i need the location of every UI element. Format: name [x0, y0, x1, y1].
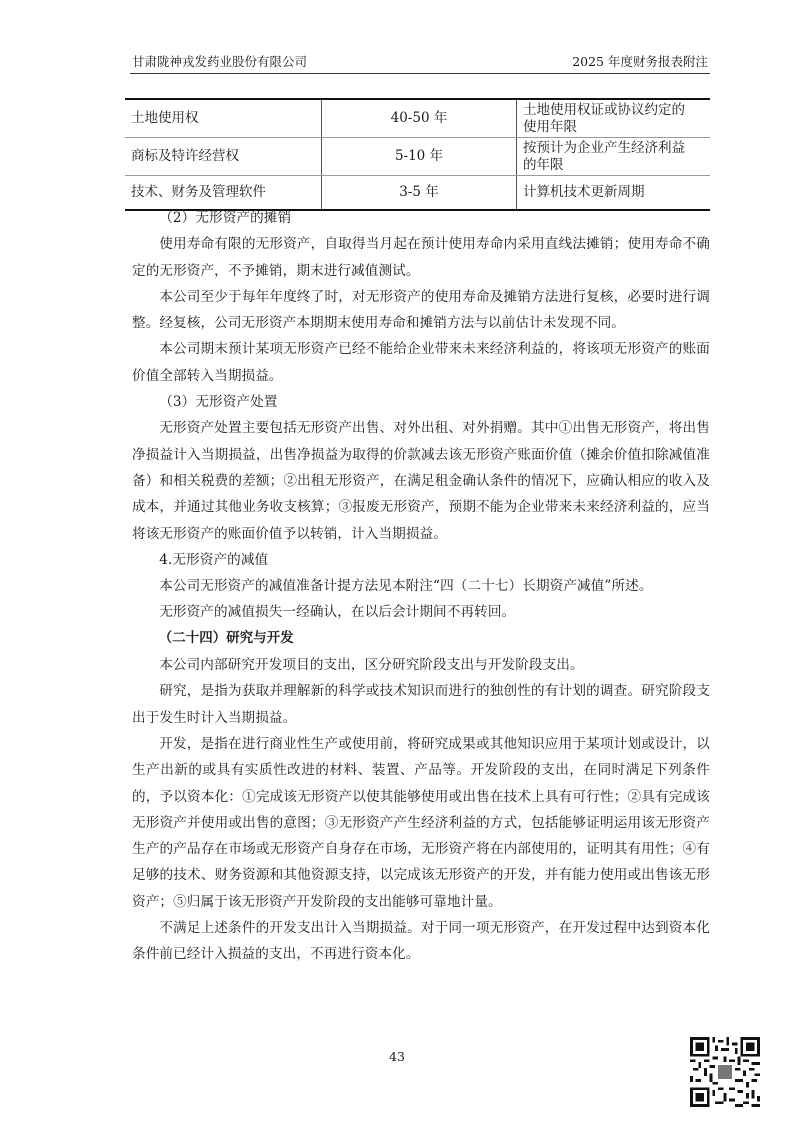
paragraph: 无形资产的减值损失一经确认，在以后会计期间不再转回。 — [132, 599, 710, 625]
report-title: 2025 年度财务报表附注 — [572, 53, 708, 71]
table-cell-basis: 土地使用权证或协议约定的 使用年限 — [517, 99, 711, 138]
paragraph: 本公司期末预计某项无形资产已经不能给企业带来未来经济利益的，将该项无形资产的账面… — [132, 336, 710, 389]
subheading-impairment: 4.无形资产的减值 — [132, 547, 710, 573]
basis-line: 按预计为企业产生经济利益 — [523, 140, 704, 157]
paragraph: 不满足上述条件的开发支出计入当期损益。对于同一项无形资产，在开发过程中达到资本化… — [132, 915, 710, 968]
paragraph: 无形资产处置主要包括无形资产出售、对外出租、对外捐赠。其中①出售无形资产，将出售… — [132, 415, 710, 546]
basis-line: 的年限 — [523, 157, 704, 174]
page-header: 甘肃陇神戎发药业股份有限公司 2025 年度财务报表附注 — [130, 53, 710, 71]
paragraph: 本公司内部研究开发项目的支出，区分研究阶段支出与开发阶段支出。 — [132, 652, 710, 678]
document-body: （2）无形资产的摊销 使用寿命有限的无形资产，自取得当月起在预计使用寿命内采用直… — [132, 205, 710, 968]
paragraph: 本公司至少于每年年度终了时，对无形资产的使用寿命及摊销方法进行复核，必要时进行调… — [132, 284, 710, 337]
paragraph: 研究，是指为获取并理解新的科学或技术知识而进行的独创性的有计划的调查。研究阶段支… — [132, 678, 710, 731]
table-cell-item: 土地使用权 — [125, 99, 322, 138]
table-row: 商标及特许经营权 5-10 年 按预计为企业产生经济利益 的年限 — [125, 138, 710, 176]
useful-life-table: 土地使用权 40-50 年 土地使用权证或协议约定的 使用年限 商标及特许经营权… — [125, 98, 710, 211]
paragraph: 本公司无形资产的减值准备计提方法见本附注“四（二十七）长期资产减值”所述。 — [132, 573, 710, 599]
basis-line: 土地使用权证或协议约定的 — [523, 102, 704, 119]
table-cell-life: 40-50 年 — [322, 99, 517, 138]
table-cell-item: 商标及特许经营权 — [125, 138, 322, 176]
section-heading-rnd: （二十四）研究与开发 — [132, 626, 710, 652]
subheading-amortization: （2）无形资产的摊销 — [132, 205, 710, 231]
qr-code-icon — [690, 1037, 760, 1107]
page-number: 43 — [0, 1049, 794, 1064]
paragraph: 使用寿命有限的无形资产，自取得当月起在预计使用寿命内采用直线法摊销；使用寿命不确… — [132, 231, 710, 284]
paragraph: 开发，是指在进行商业性生产或使用前，将研究成果或其他知识应用于某项计划或设计，以… — [132, 731, 710, 915]
subheading-disposal: （3）无形资产处置 — [132, 389, 710, 415]
basis-line: 使用年限 — [523, 119, 704, 136]
company-name: 甘肃陇神戎发药业股份有限公司 — [132, 53, 307, 71]
table-cell-basis: 按预计为企业产生经济利益 的年限 — [517, 138, 711, 176]
table-row: 土地使用权 40-50 年 土地使用权证或协议约定的 使用年限 — [125, 99, 710, 138]
header-divider — [130, 73, 710, 74]
table-cell-life: 5-10 年 — [322, 138, 517, 176]
